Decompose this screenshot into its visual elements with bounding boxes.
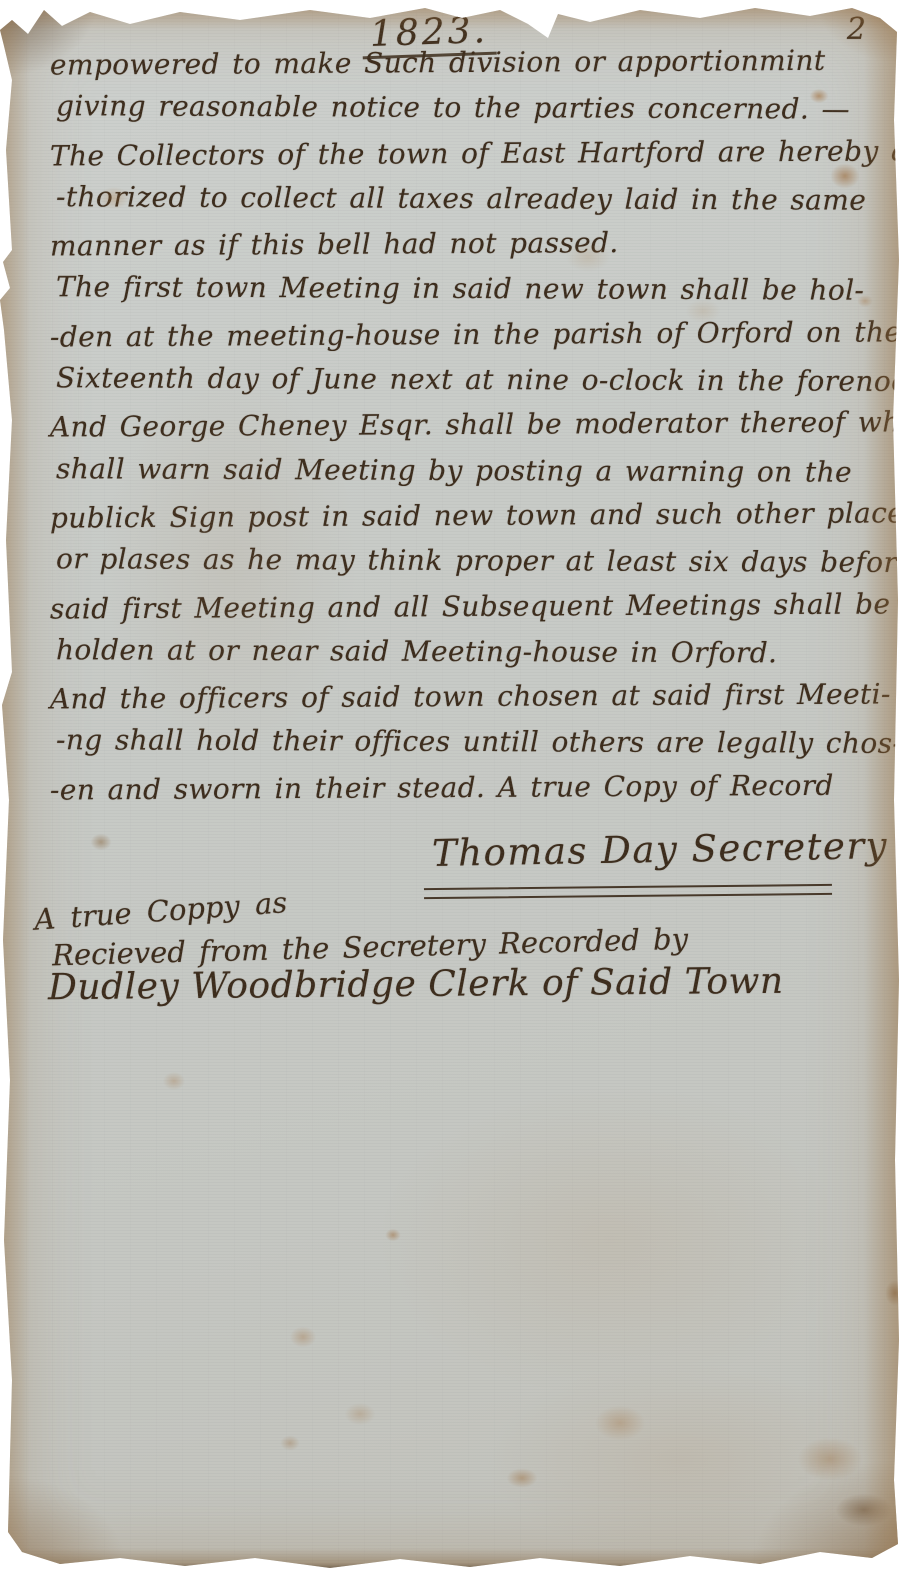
manuscript-line: -thorized to collect all taxes alreadey …	[50, 180, 886, 229]
manuscript-line: publick Sign post in said new town and s…	[50, 496, 886, 546]
manuscript-line: The first town Meeting in said new town …	[50, 271, 886, 320]
manuscript-line: shall warn said Meeting by posting a war…	[50, 452, 886, 501]
manuscript-line: The Collectors of the town of East Hartf…	[50, 134, 886, 184]
manuscript-line: -en and sworn in their stead. A true Cop…	[50, 768, 886, 818]
manuscript-line: holden at or near said Meeting-house in …	[50, 633, 886, 682]
manuscript-line: And George Cheney Esqr. shall be moderat…	[50, 406, 886, 456]
manuscript-line: And the officers of said town chosen at …	[50, 678, 886, 728]
manuscript-line: giving reasonable notice to the parties …	[50, 89, 886, 138]
manuscript-line: or plases as he may think proper at leas…	[50, 542, 886, 591]
attestation-signature-dudley-woodbridge: Dudley Woodbridge Clerk of Said Town	[48, 961, 784, 1008]
manuscript-line: manner as if this bell had not passed.	[50, 225, 886, 275]
manuscript-line: -den at the meeting-house in the parish …	[50, 315, 886, 365]
manuscript-line: empowered to make Such division or appor…	[50, 43, 886, 93]
manuscript-page: 1823. 2 empowered to make Such division …	[0, 0, 900, 1572]
manuscript-line: -ng shall hold their offices untill othe…	[50, 724, 886, 773]
manuscript-screenshot: 1823. 2 empowered to make Such division …	[0, 0, 900, 1572]
manuscript-line: Sixteenth day of June next at nine o-clo…	[50, 361, 886, 410]
signature-underline	[424, 884, 832, 899]
manuscript-body: empowered to make Such division or appor…	[50, 46, 886, 816]
signature-thomas-day: Thomas Day Secretery	[432, 824, 889, 875]
manuscript-line: said first Meeting and all Subsequent Me…	[50, 587, 886, 637]
page-number: 2	[847, 12, 866, 47]
attestation-line: A true Coppy as	[33, 885, 288, 937]
